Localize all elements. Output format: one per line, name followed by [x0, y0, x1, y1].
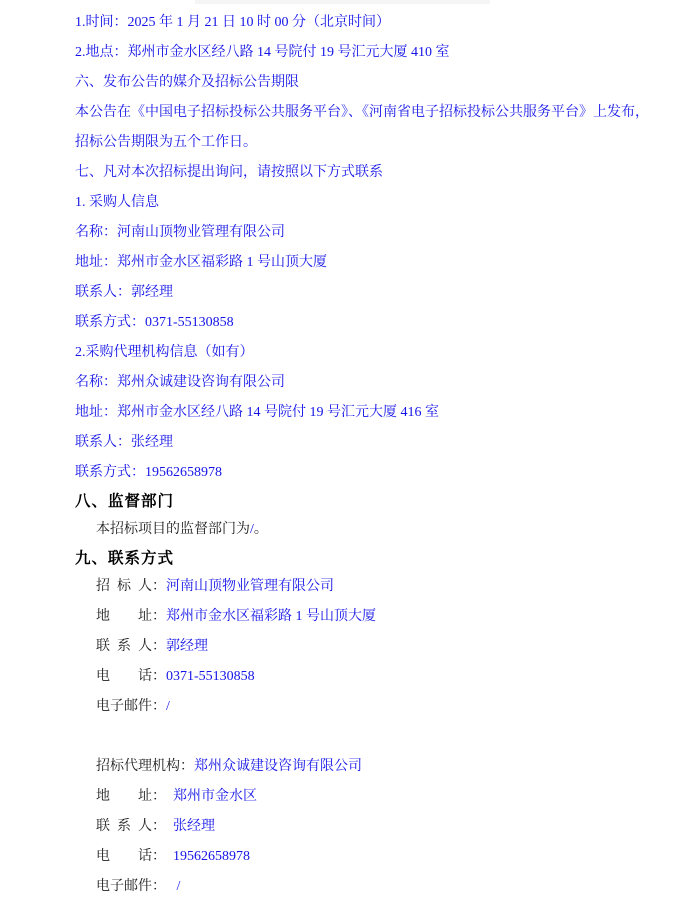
- doc-line: 1.时间：2025 年 1 月 21 日 10 时 00 分（北京时间）: [75, 8, 690, 38]
- field-value: 郭经理: [166, 639, 208, 654]
- field-label: 。: [254, 522, 268, 537]
- doc-line: 地址：郑州市金水区福彩路 1 号山顶大厦: [75, 248, 690, 278]
- field-label: 电 话：: [96, 669, 166, 684]
- field-label: 联 系 人：: [96, 639, 166, 654]
- doc-line: 地 址： 郑州市金水区: [96, 782, 690, 812]
- field-value: 郑州市金水区福彩路 1 号山顶大厦: [166, 609, 376, 624]
- doc-line: 名称：郑州众诚建设咨询有限公司: [75, 368, 690, 398]
- field-label: 招标代理机构：: [96, 759, 194, 774]
- field-label: 联 系 人：: [96, 819, 173, 834]
- blank-line: [75, 722, 690, 752]
- doc-line: 地 址：郑州市金水区福彩路 1 号山顶大厦: [96, 602, 690, 632]
- doc-line: 六、发布公告的媒介及招标公告期限: [75, 68, 690, 98]
- doc-line: 招 标 人：河南山顶物业管理有限公司: [96, 572, 690, 602]
- doc-line: 电子邮件：/: [96, 692, 690, 722]
- tender-announcement-document: 1.时间：2025 年 1 月 21 日 10 时 00 分（北京时间）2.地点…: [0, 0, 690, 899]
- field-value: 19562658978: [173, 849, 250, 864]
- doc-line: 本招标项目的监督部门为/。: [96, 515, 690, 545]
- doc-line: 名称：河南山顶物业管理有限公司: [75, 218, 690, 248]
- field-label: 招 标 人：: [96, 579, 166, 594]
- doc-line: 电子邮件： /: [96, 872, 690, 899]
- field-value: /: [166, 699, 170, 714]
- doc-line: 联系方式：19562658978: [75, 458, 690, 488]
- doc-line: 招标公告期限为五个工作日。: [75, 128, 690, 158]
- field-value: 郑州众诚建设咨询有限公司: [194, 759, 362, 774]
- field-value: /: [177, 879, 181, 894]
- doc-line: 七、凡对本次招标提出询问，请按照以下方式联系: [75, 158, 690, 188]
- field-label: 地 址：: [96, 789, 173, 804]
- field-label: 电 话：: [96, 849, 173, 864]
- doc-line: 电 话：0371-55130858: [96, 662, 690, 692]
- doc-line: 联 系 人：郭经理: [96, 632, 690, 662]
- doc-line: 2.地点：郑州市金水区经八路 14 号院付 19 号汇元大厦 410 室: [75, 38, 690, 68]
- doc-line: 2.采购代理机构信息（如有）: [75, 338, 690, 368]
- doc-line: 招标代理机构：郑州众诚建设咨询有限公司: [96, 752, 690, 782]
- section-heading: 八、监督部门: [75, 488, 690, 515]
- doc-line: 联系人：张经理: [75, 428, 690, 458]
- field-label: 地 址：: [96, 609, 166, 624]
- doc-line: 电 话： 19562658978: [96, 842, 690, 872]
- doc-line: 联系人：郭经理: [75, 278, 690, 308]
- field-label: 电子邮件：: [96, 879, 177, 894]
- field-value: 河南山顶物业管理有限公司: [166, 579, 334, 594]
- field-value: 郑州市金水区: [173, 789, 257, 804]
- field-label: 本招标项目的监督部门为: [96, 522, 250, 537]
- doc-line: 地址：郑州市金水区经八路 14 号院付 19 号汇元大厦 416 室: [75, 398, 690, 428]
- doc-line: 联系方式：0371-55130858: [75, 308, 690, 338]
- doc-line: 本公告在《中国电子招标投标公共服务平台》、《河南省电子招标投标公共服务平台》上发…: [75, 98, 690, 128]
- doc-line: 联 系 人： 张经理: [96, 812, 690, 842]
- doc-line: 1. 采购人信息: [75, 188, 690, 218]
- document-page: { "theme": { "bg": "#ffffff", "text": "#…: [0, 0, 690, 899]
- section-heading: 九、联系方式: [75, 545, 690, 572]
- field-label: 电子邮件：: [96, 699, 166, 714]
- field-value: 张经理: [173, 819, 215, 834]
- field-value: 0371-55130858: [166, 669, 255, 684]
- scrolled-element-bottom-edge: [195, 0, 490, 4]
